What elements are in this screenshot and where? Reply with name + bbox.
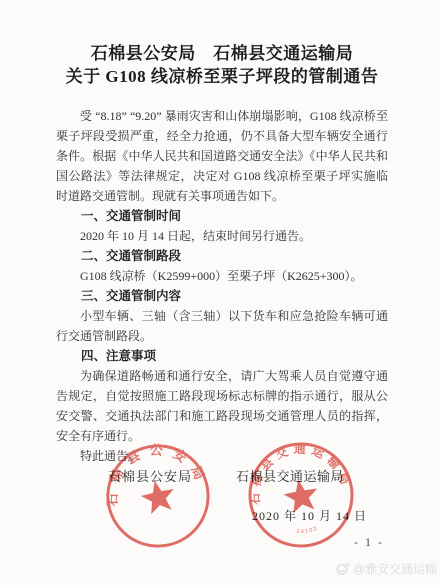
- section-2-heading: 二、交通管制路段: [56, 246, 388, 266]
- document-body: 受 “8.18” “9.20” 暴雨灾害和山体崩塌影响，G108 线凉桥至栗子坪…: [56, 106, 388, 466]
- star-icon: [138, 477, 177, 515]
- section-4-heading: 四、注意事项: [56, 346, 388, 366]
- official-notice-document: 石棉县公安局 石棉县交通运输局 关于 G108 线凉桥至栗子坪段的管制通告 受 …: [0, 0, 440, 585]
- weibo-smiley-icon: [335, 561, 350, 576]
- section-1-body: 2020 年 10 月 14 日起，结束时间另行通告。: [56, 226, 388, 246]
- seal-code-digits: 24102: [295, 525, 319, 536]
- section-1-heading: 一、交通管制时间: [56, 206, 388, 226]
- section-3-heading: 三、交通管制内容: [56, 286, 388, 306]
- title-line-subject: 关于 G108 线凉桥至栗子坪段的管制通告: [50, 65, 394, 88]
- intro-paragraph: 受 “8.18” “9.20” 暴雨灾害和山体崩塌影响，G108 线凉桥至栗子坪…: [56, 106, 388, 206]
- document-title: 石棉县公安局 石棉县交通运输局 关于 G108 线凉桥至栗子坪段的管制通告: [50, 42, 394, 88]
- official-seal-transport-icon: 石棉县交通运输局 24102: [237, 431, 364, 558]
- star-icon: [281, 476, 320, 514]
- section-3-body: 小型车辆、三轴（含三轴）以下货车和应急抢险车辆可通行交通管制路段。: [56, 306, 388, 346]
- svg-text:24102: 24102: [295, 525, 319, 536]
- title-line-agencies: 石棉县公安局 石棉县交通运输局: [50, 42, 394, 65]
- watermark-text: @雅安交通运输: [353, 560, 437, 577]
- section-2-body: G108 线凉桥（K2599+000）至栗子坪（K2625+300）。: [56, 266, 388, 286]
- weibo-watermark: @雅安交通运输: [335, 560, 437, 577]
- official-seal-public-security-icon: 石棉县公安局: [94, 432, 222, 560]
